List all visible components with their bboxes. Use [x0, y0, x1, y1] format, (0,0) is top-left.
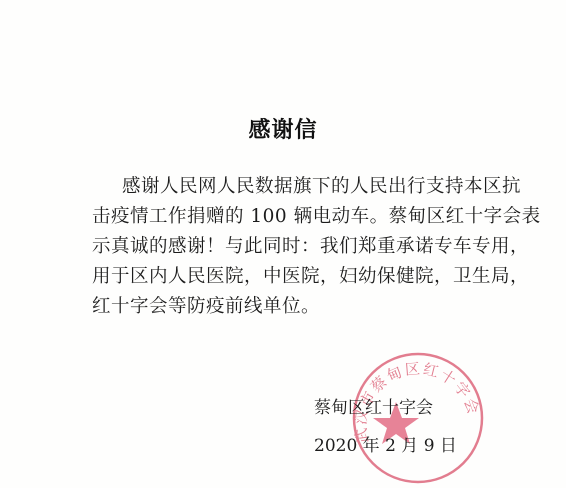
body-line: 感谢人民网人民数据旗下的人民出行支持本区抗 [92, 172, 492, 202]
signature: 蔡甸区红十字会 [314, 393, 433, 418]
body-line: 击疫情工作捐赠的 100 辆电动车。蔡甸区红十字会表 [92, 202, 492, 232]
letter-body: 感谢人民网人民数据旗下的人民出行支持本区抗 击疫情工作捐赠的 100 辆电动车。… [92, 172, 492, 322]
body-line: 红十字会等防疫前线单位。 [92, 292, 492, 322]
official-seal-stamp: 武汉市蔡甸区红十字会 [350, 350, 486, 486]
letter-page: 感谢信 感谢人民网人民数据旗下的人民出行支持本区抗 击疫情工作捐赠的 100 辆… [0, 0, 566, 488]
letter-date: 2020 年 2 月 9 日 [314, 431, 457, 456]
body-line: 示真诚的感谢！与此同时：我们郑重承诺专车专用， [92, 232, 492, 262]
letter-title: 感谢信 [0, 113, 566, 144]
body-line: 用于区内人民医院，中医院，妇幼保健院，卫生局， [92, 262, 492, 292]
